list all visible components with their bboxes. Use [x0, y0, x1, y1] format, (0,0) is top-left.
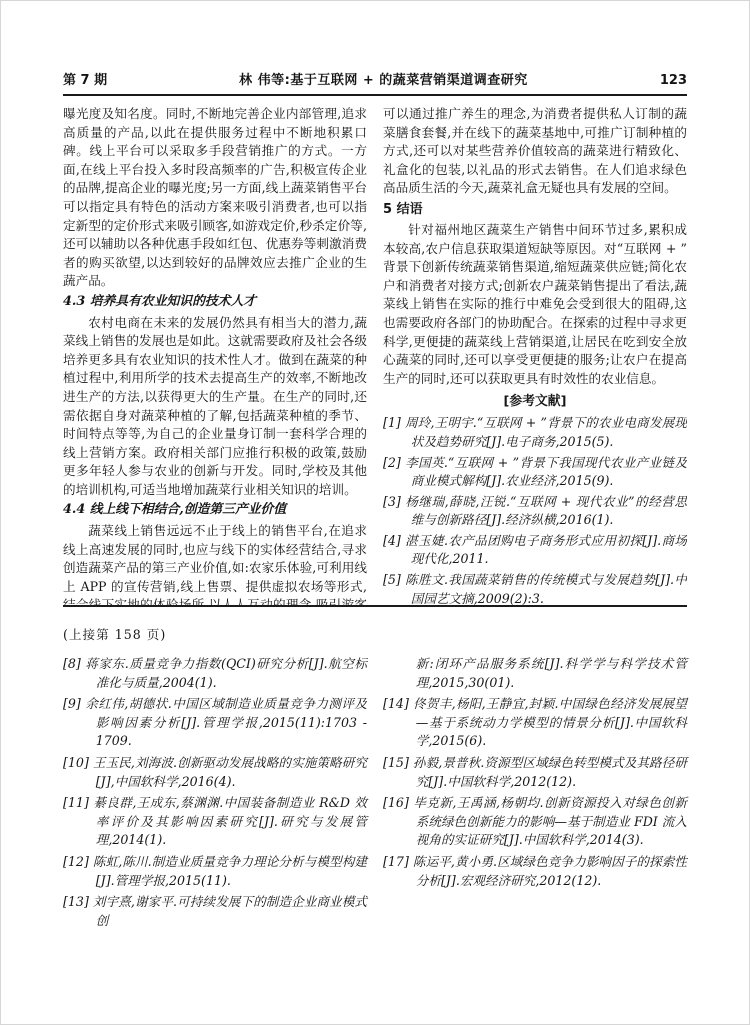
paragraph-5: 针对福州地区蔬菜生产销售中间环节过多,累积成本较高,农户信息获取渠道短缺等原因。… — [383, 221, 687, 388]
paragraph-continuation: 可以通过推广养生的理念,为消费者提供私人订制的蔬菜膳食套餐,并在线下的蔬菜基地中… — [383, 105, 687, 198]
reference-item: [5] 陈胜文.我国蔬菜销售的传统模式与发展趋势[J].中国园艺文摘,2009(… — [383, 571, 687, 607]
paragraph-4-3: 农村电商在未来的发展仍然具有相当大的潜力,蔬菜线上销售的发展也是如此。这就需要政… — [63, 314, 367, 500]
continued-right-column: 新:闭环产品服务系统[J].科学学与科学技术管理,2015,30(01). [1… — [383, 655, 687, 933]
reference-item: [1] 周玲,王明宇.“互联网 + ”背景下的农业电商发展现状及趋势研究[J].… — [383, 414, 687, 451]
journal-page: 第 7 期 林 伟等:基于互联网 + 的蔬菜营销渠道调查研究 123 曝光度及知… — [0, 0, 750, 1025]
paragraph-4-4: 蔬菜线上销售远远不止于线上的销售平台,在追求线上高速发展的同时,也应与线下的实体… — [63, 522, 367, 607]
reference-item: [9] 余红伟,胡德状.中国区域制造业质量竞争力测评及影响因素分析[J].管理学… — [63, 695, 367, 751]
reference-item: [2] 李国英.“互联网 + ”背景下我国现代农业产业链及商业模式解构[J].农… — [383, 454, 687, 491]
running-title: 林 伟等:基于互联网 + 的蔬菜营销渠道调查研究 — [107, 73, 660, 89]
section-heading-4-4: 4.4 线上线下相结合,创造第三产业价值 — [63, 501, 367, 520]
reference-item: [3] 杨继瑞,薛晓,汪锐.“互联网 + 现代农业”的经营思维与创新路径[J].… — [383, 493, 687, 530]
continued-from-note: (上接第 158 页) — [63, 624, 687, 643]
reference-item: [11] 綦良群,王成东,蔡渊渊.中国装备制造业 R&D 效率评价及其影响因素研… — [63, 794, 367, 850]
reference-item: [13] 刘宇熹,谢家平.可持续发展下的制造企业商业模式创 — [63, 893, 367, 930]
paragraph-continuation: 曝光度及知名度。同时,不断地完善企业内部管理,追求高质量的产品,以此在提供服务过… — [63, 105, 367, 291]
reference-item: [4] 湛玉婕.农产品团购电子商务形式应用初探[J].商场现代化,2011. — [383, 532, 687, 569]
continued-left-column: [8] 蒋家东.质量竞争力指数(QCI)研究分析[J].航空标准化与质量,200… — [63, 655, 367, 933]
reference-item: [17] 陈运平,黄小勇.区域绿色竞争力影响因子的探索性分析[J].宏观经济研究… — [383, 853, 687, 890]
reference-continuation: 新:闭环产品服务系统[J].科学学与科学技术管理,2015,30(01). — [383, 655, 687, 692]
reference-item: [16] 毕克新,王禹涵,杨朝均.创新资源投入对绿色创新系统绿色创新能力的影响—… — [383, 794, 687, 850]
right-column: 可以通过推广养生的理念,为消费者提供私人订制的蔬菜膳食套餐,并在线下的蔬菜基地中… — [383, 105, 687, 605]
references-heading: [参考文献] — [383, 392, 687, 411]
reference-item: [15] 孙毅,景普秋.资源型区域绿色转型模式及其路径研究[J].中国软科学,2… — [383, 754, 687, 791]
issue-number: 第 7 期 — [63, 73, 107, 89]
article-body: 曝光度及知名度。同时,不断地完善企业内部管理,追求高质量的产品,以此在提供服务过… — [63, 96, 687, 607]
section-heading-5: 5 结语 — [383, 200, 687, 219]
reference-item: [14] 佟贺丰,杨阳,王静宜,封颖.中国绿色经济发展展望—基于系统动力学模型的… — [383, 695, 687, 751]
reference-item: [8] 蒋家东.质量竞争力指数(QCI)研究分析[J].航空标准化与质量,200… — [63, 655, 367, 692]
section-heading-4-3: 4.3 培养具有农业知识的技术人才 — [63, 293, 367, 312]
left-column: 曝光度及知名度。同时,不断地完善企业内部管理,追求高质量的产品,以此在提供服务过… — [63, 105, 367, 605]
running-header: 第 7 期 林 伟等:基于互联网 + 的蔬菜营销渠道调查研究 123 — [63, 73, 687, 96]
reference-item: [12] 陈虹,陈川.制造业质量竞争力理论分析与模型构建[J].管理学报,201… — [63, 853, 367, 890]
continued-references: [8] 蒋家东.质量竞争力指数(QCI)研究分析[J].航空标准化与质量,200… — [63, 655, 687, 933]
reference-item: [10] 王玉民,刘海波.创新驱动发展战略的实施策略研究[J],中国软科学,20… — [63, 754, 367, 791]
page-number: 123 — [660, 73, 687, 89]
